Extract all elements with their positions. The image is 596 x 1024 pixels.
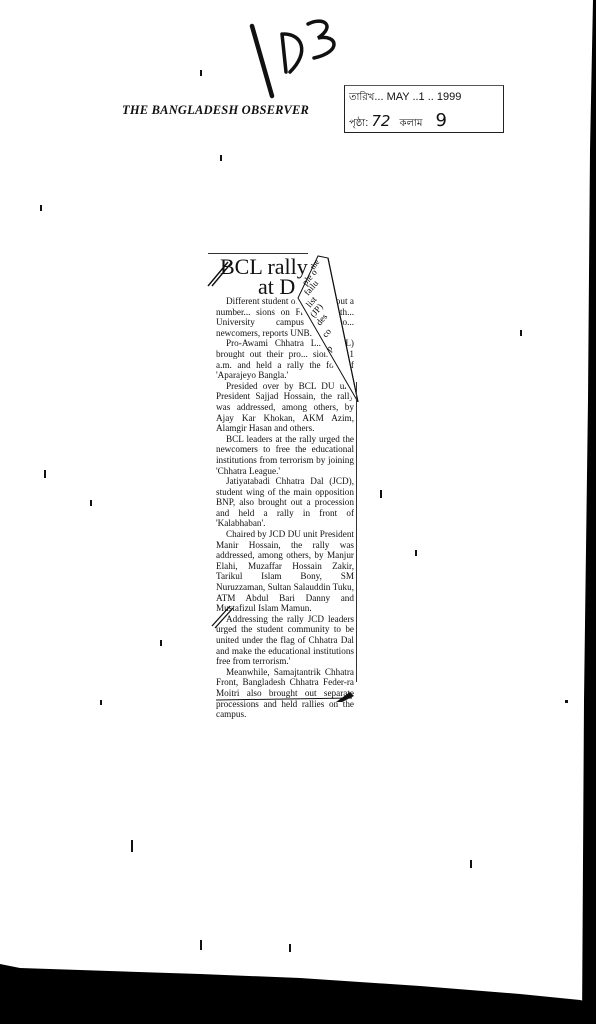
scan-speck — [520, 330, 522, 336]
scan-speck — [200, 70, 202, 76]
stamp-page-label: পৃষ্ঠা — [349, 118, 365, 129]
clipping-bottom-edge — [214, 690, 359, 704]
scan-edge-bottom — [0, 964, 596, 1024]
newspaper-masthead: THE BANGLADESH OBSERVER — [122, 103, 309, 118]
scan-speck — [220, 155, 222, 161]
handwritten-page-number: 103 — [244, 12, 354, 102]
clipping-right-edge — [356, 382, 357, 682]
scan-speck — [470, 860, 472, 868]
stamp-page-value: 72 — [371, 112, 390, 130]
stamp-date-row: তারিখ... MAY ..1 .. 1999 — [349, 90, 461, 107]
scan-speck — [380, 490, 382, 498]
stamp-date-label: তারিখ — [349, 92, 374, 103]
scan-speck — [200, 940, 202, 950]
stamp-column-label: কলাম — [399, 118, 422, 129]
scan-speck — [160, 640, 162, 646]
article-paragraph: Jatiyatabadi Chhatra Dal (JCD), student … — [216, 476, 354, 529]
stamp-date-value: ... MAY ..1 .. 1999 — [374, 91, 461, 103]
scan-speck — [100, 700, 102, 705]
stamp-column-value: 9 — [435, 110, 446, 131]
scan-speck — [415, 550, 417, 556]
scan-edge-right — [580, 0, 596, 1024]
scan-speck — [44, 470, 46, 478]
scan-speck — [90, 500, 92, 506]
scan-speck — [289, 944, 291, 952]
stamp-page-row: পৃষ্ঠা: 72 কলাম 9 — [349, 110, 447, 133]
archive-date-stamp: তারিখ... MAY ..1 .. 1999 পৃষ্ঠা: 72 কলাম… — [344, 85, 504, 133]
scan-speck — [565, 700, 568, 703]
scanned-newspaper-page: 103 THE BANGLADESH OBSERVER তারিখ... MAY… — [0, 0, 596, 1024]
clip-mark-icon — [210, 600, 240, 630]
article-paragraph: BCL leaders at the rally urged the newco… — [216, 434, 354, 476]
scan-speck — [40, 205, 42, 211]
folded-corner: the ple o failu list (JP) des co p — [284, 252, 364, 402]
handwritten-103-icon — [244, 12, 354, 102]
scan-speck — [131, 840, 133, 852]
